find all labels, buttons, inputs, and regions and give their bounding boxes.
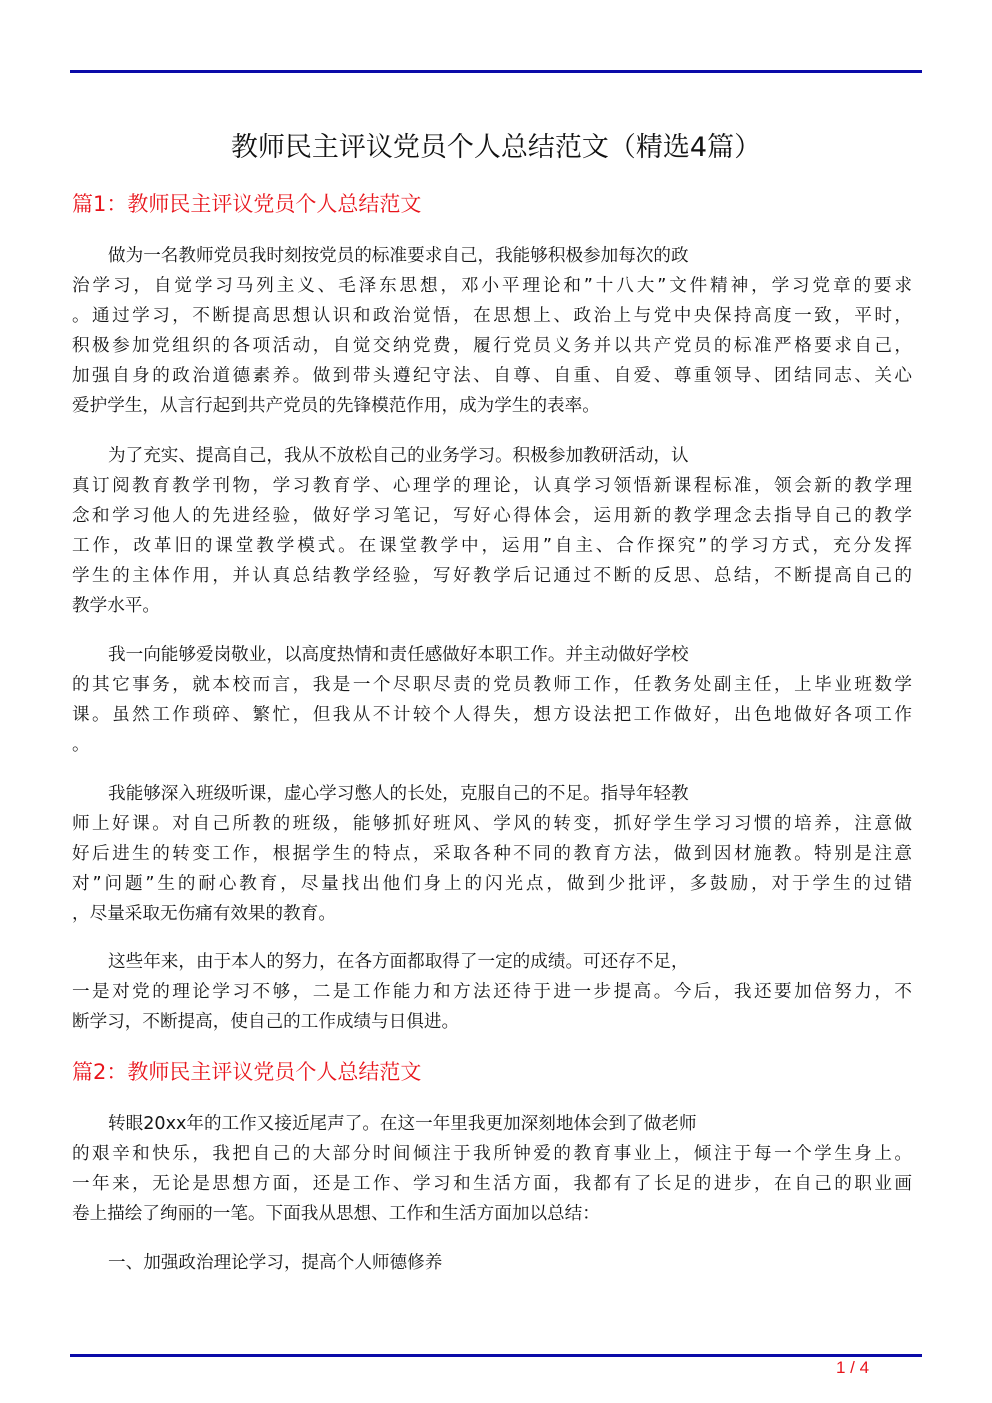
footer-rule (70, 1354, 922, 1357)
header-rule (70, 70, 922, 73)
text-line: 对”问题”生的耐心教育，尽量找出他们身上的闪光点，做到少批评，多鼓励，对于学生的… (72, 869, 912, 899)
document-title: 教师民主评议党员个人总结范文（精选4篇） (0, 128, 992, 168)
paragraph: 我能够深入班级听课，虚心学习憋人的长处，克服自己的不足。指导年轻教 师上好课。对… (72, 779, 912, 929)
text-line: 断学习，不断提高，使自己的工作成绩与日俱进。 (72, 1007, 912, 1037)
text-line: 积极参加党组织的各项活动，自觉交纳党费，履行党员义务并以共产党员的标准严格要求自… (72, 331, 912, 361)
text-line: 。通过学习，不断提高思想认识和政治觉悟，在思想上、政治上与党中央保持高度一致，平… (72, 301, 912, 331)
paragraph: 一、加强政治理论学习，提高个人师德修养 (72, 1248, 912, 1278)
section-heading-1: 篇1：教师民主评议党员个人总结范文 (72, 189, 421, 219)
page-number: 1 / 4 (836, 1357, 869, 1379)
text-line: 师上好课。对自己所教的班级，能够抓好班风、学风的转变，抓好学生学习习惯的培养，注… (72, 809, 912, 839)
text-line: 我能够深入班级听课，虚心学习憋人的长处，克服自己的不足。指导年轻教 (72, 779, 912, 809)
text-line: 的其它事务，就本校而言，我是一个尽职尽责的党员教师工作，任教务处副主任，上毕业班… (72, 670, 912, 700)
paragraph: 我一向能够爱岗敬业，以高度热情和责任感做好本职工作。并主动做好学校 的其它事务，… (72, 640, 912, 760)
text-line: 为了充实、提高自己，我从不放松自己的业务学习。积极参加教研活动，认 (72, 441, 912, 471)
text-line: 这些年来，由于本人的努力，在各方面都取得了一定的成绩。可还存不足， (72, 947, 912, 977)
paragraph: 这些年来，由于本人的努力，在各方面都取得了一定的成绩。可还存不足， 一是对党的理… (72, 947, 912, 1037)
text-line: 一年来，无论是思想方面，还是工作、学习和生活方面，我都有了长足的进步，在自己的职… (72, 1169, 912, 1199)
text-line: 。 (72, 730, 912, 760)
text-line: 念和学习他人的先进经验，做好学习笔记，写好心得体会，运用新的教学理念去指导自己的… (72, 501, 912, 531)
text-line: ，尽量采取无伤痛有效果的教育。 (72, 899, 912, 929)
subheading-line: 一、加强政治理论学习，提高个人师德修养 (72, 1248, 912, 1278)
text-line: 的艰辛和快乐，我把自己的大部分时间倾注于我所钟爱的教育事业上，倾注于每一个学生身… (72, 1139, 912, 1169)
text-line: 做为一名教师党员我时刻按党员的标准要求自己，我能够积极参加每次的政 (72, 241, 912, 271)
section-heading-2: 篇2：教师民主评议党员个人总结范文 (72, 1057, 421, 1087)
text-line: 学生的主体作用，并认真总结教学经验，写好教学后记通过不断的反思、总结，不断提高自… (72, 561, 912, 591)
text-line: 卷上描绘了绚丽的一笔。下面我从思想、工作和生活方面加以总结： (72, 1199, 912, 1229)
text-line: 转眼20xx年的工作又接近尾声了。在这一年里我更加深刻地体会到了做老师 (72, 1109, 912, 1139)
paragraph: 为了充实、提高自己，我从不放松自己的业务学习。积极参加教研活动，认 真订阅教育教… (72, 441, 912, 621)
text-line: 好后进生的转变工作，根据学生的特点，采取各种不同的教育方法，做到因材施教。特别是… (72, 839, 912, 869)
paragraph: 做为一名教师党员我时刻按党员的标准要求自己，我能够积极参加每次的政 治学习，自觉… (72, 241, 912, 421)
text-line: 治学习，自觉学习马列主义、毛泽东思想，邓小平理论和”十八大”文件精神，学习党章的… (72, 271, 912, 301)
text-line: 一是对党的理论学习不够，二是工作能力和方法还待于进一步提高。今后，我还要加倍努力… (72, 977, 912, 1007)
text-line: 教学水平。 (72, 591, 912, 621)
text-line: 课。虽然工作琐碎、繁忙，但我从不计较个人得失，想方设法把工作做好，出色地做好各项… (72, 700, 912, 730)
text-line: 爱护学生，从言行起到共产党员的先锋模范作用，成为学生的表率。 (72, 391, 912, 421)
text-line: 加强自身的政治道德素养。做到带头遵纪守法、自尊、自重、自爱、尊重领导、团结同志、… (72, 361, 912, 391)
text-line: 工作，改革旧的课堂教学模式。在课堂教学中，运用”自主、合作探究”的学习方式，充分… (72, 531, 912, 561)
paragraph: 转眼20xx年的工作又接近尾声了。在这一年里我更加深刻地体会到了做老师 的艰辛和… (72, 1109, 912, 1229)
text-line: 我一向能够爱岗敬业，以高度热情和责任感做好本职工作。并主动做好学校 (72, 640, 912, 670)
text-line: 真订阅教育教学刊物，学习教育学、心理学的理论，认真学习领悟新课程标准，领会新的教… (72, 471, 912, 501)
